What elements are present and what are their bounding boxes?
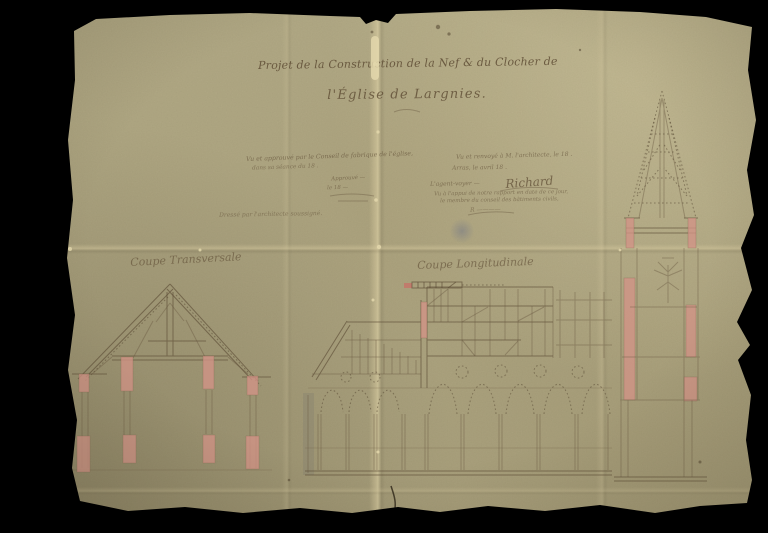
paper-damage-marks [68, 25, 702, 513]
annotation-architect-line: Dressé par l'architecte soussigné. [219, 210, 322, 218]
annotation-right-line3: L'agent-voyer — [430, 180, 480, 187]
longitudinal-section-drawing [303, 287, 612, 475]
document-title-line1: Projet de la Construction de la Nef & du… [258, 55, 550, 72]
paper-grain-texture [0, 0, 768, 533]
label-transverse-section: Coupe Transversale [130, 250, 242, 269]
annotation-right-line6: R ———— [470, 206, 501, 214]
pointed-arch-windows [321, 384, 610, 414]
vertical-fold-crease [369, 0, 385, 533]
annotation-right-line2: Arras, le avril 18 . [452, 164, 507, 172]
annotation-right-line4: Vu à l'appui de notre rapport en date de… [434, 189, 568, 197]
ink-smudge [450, 218, 474, 244]
photograph-stage: Projet de la Construction de la Nef & du… [0, 0, 768, 533]
document-title-line2: l'Église de Largnies. [322, 87, 492, 103]
annotation-center-line1: Vu et approuvé par le Conseil de fabriqu… [246, 150, 413, 163]
transverse-section-drawing [70, 284, 272, 472]
bell-tower-spire-drawing [614, 91, 707, 481]
annotation-right-line5: le membre du conseil des bâtiments civil… [440, 196, 559, 204]
label-longitudinal-section: Coupe Longitudinale [417, 255, 534, 272]
edge-shading [0, 0, 768, 533]
rosette-windows [341, 365, 584, 382]
annotation-right-signature: Richard [505, 174, 554, 191]
annotation-center-signature-a: Approuvé — [331, 174, 365, 182]
vertical-fold-crease-left [282, 0, 292, 533]
annotation-right-line1: Vu et renvoyé à M. l'architecte, le 18 . [456, 151, 572, 161]
pen-flourishes [330, 110, 558, 216]
annotation-center-line2: dans sa séance du 18 . [252, 163, 319, 172]
horizontal-fold-crease [0, 244, 768, 254]
drawing-sheet: Projet de la Construction de la Nef & du… [0, 0, 768, 533]
vertical-fold-crease-right [596, 0, 608, 533]
horizontal-fold-crease-bottom [0, 487, 768, 495]
annotation-center-signature-b: le 18 — [327, 184, 348, 191]
drawing-overlay [0, 0, 768, 533]
scale-bar [404, 282, 505, 288]
